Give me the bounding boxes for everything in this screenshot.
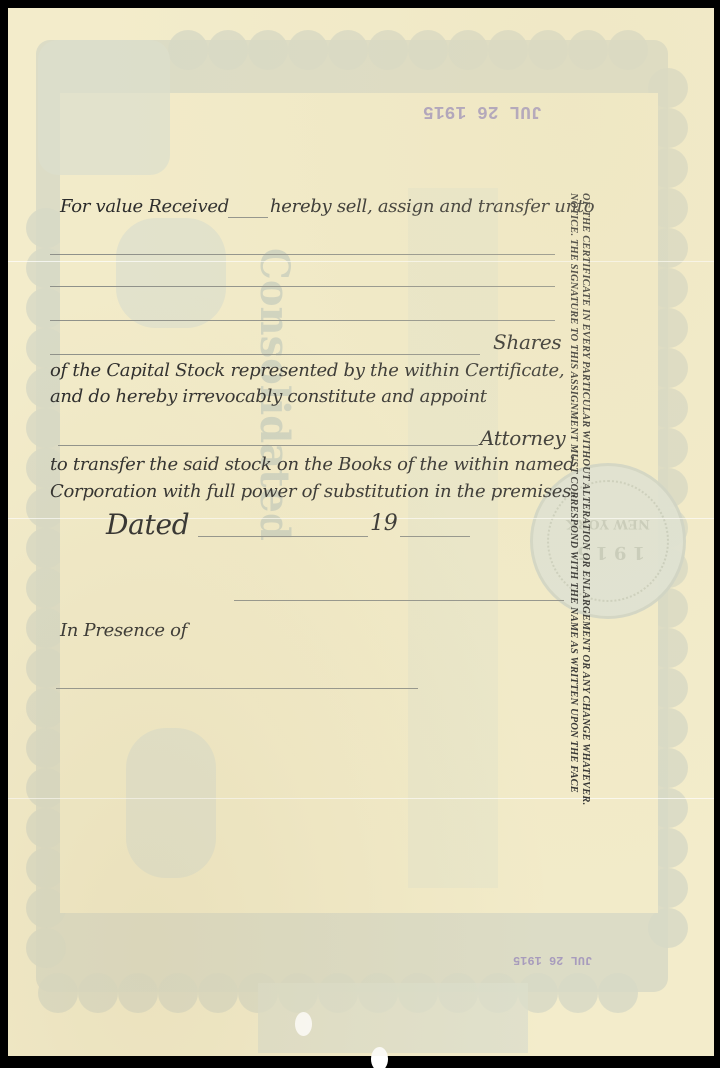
year-line[interactable] bbox=[400, 536, 470, 537]
date-stamp-bottom: JUL 26 1915 bbox=[513, 953, 592, 967]
appoint-text: and do hereby irrevocably constitute and… bbox=[50, 386, 487, 407]
assignor-blank[interactable] bbox=[228, 217, 268, 218]
date-stamp-top: JUL 26 1915 bbox=[423, 101, 542, 121]
punch-hole bbox=[371, 1047, 388, 1068]
assignee-line-2[interactable] bbox=[50, 286, 555, 287]
notice-line-1: NOTICE. THE SIGNATURE TO THIS ASSIGNMENT… bbox=[568, 193, 579, 793]
assignee-line-3[interactable] bbox=[50, 320, 555, 321]
dated-label: Dated bbox=[106, 508, 189, 541]
capital-stock-text: of the Capital Stock represented by the … bbox=[50, 360, 564, 381]
vignette-bottom bbox=[126, 728, 216, 878]
date-line[interactable] bbox=[198, 536, 368, 537]
shares-label: Shares bbox=[493, 330, 561, 354]
fold-line bbox=[8, 798, 714, 799]
fold-line bbox=[8, 261, 714, 262]
transfer-unto-label: hereby sell, assign and transfer unto bbox=[270, 196, 594, 217]
assignee-line-1[interactable] bbox=[50, 254, 555, 255]
in-presence-of-label: In Presence of bbox=[60, 620, 187, 641]
ghost-text-block bbox=[408, 188, 498, 888]
notice-line-2: OF THE CERTIFICATE IN EVERY PARTICULAR W… bbox=[580, 193, 591, 805]
corner-medallion-top bbox=[38, 40, 170, 175]
scallop-row-top bbox=[168, 30, 648, 70]
for-value-received-label: For value Received bbox=[60, 196, 229, 217]
substitution-text: Corporation with full power of substitut… bbox=[50, 481, 577, 502]
signature-notice: NOTICE. THE SIGNATURE TO THIS ASSIGNMENT… bbox=[568, 193, 592, 713]
witness-line[interactable] bbox=[56, 688, 418, 689]
certificate-sheet: Consolidated JUL 26 1915 JUL 26 1915 NEW… bbox=[8, 8, 714, 1056]
year-prefix: 19 bbox=[370, 511, 397, 536]
shares-count-line[interactable] bbox=[50, 354, 480, 355]
attorney-name-line[interactable] bbox=[58, 445, 478, 446]
vignette-top bbox=[116, 218, 226, 328]
signature-line[interactable] bbox=[234, 600, 564, 601]
punch-hole bbox=[295, 1012, 312, 1036]
transfer-stock-text: to transfer the said stock on the Books … bbox=[50, 454, 575, 475]
attorney-label: Attorney bbox=[480, 426, 565, 450]
